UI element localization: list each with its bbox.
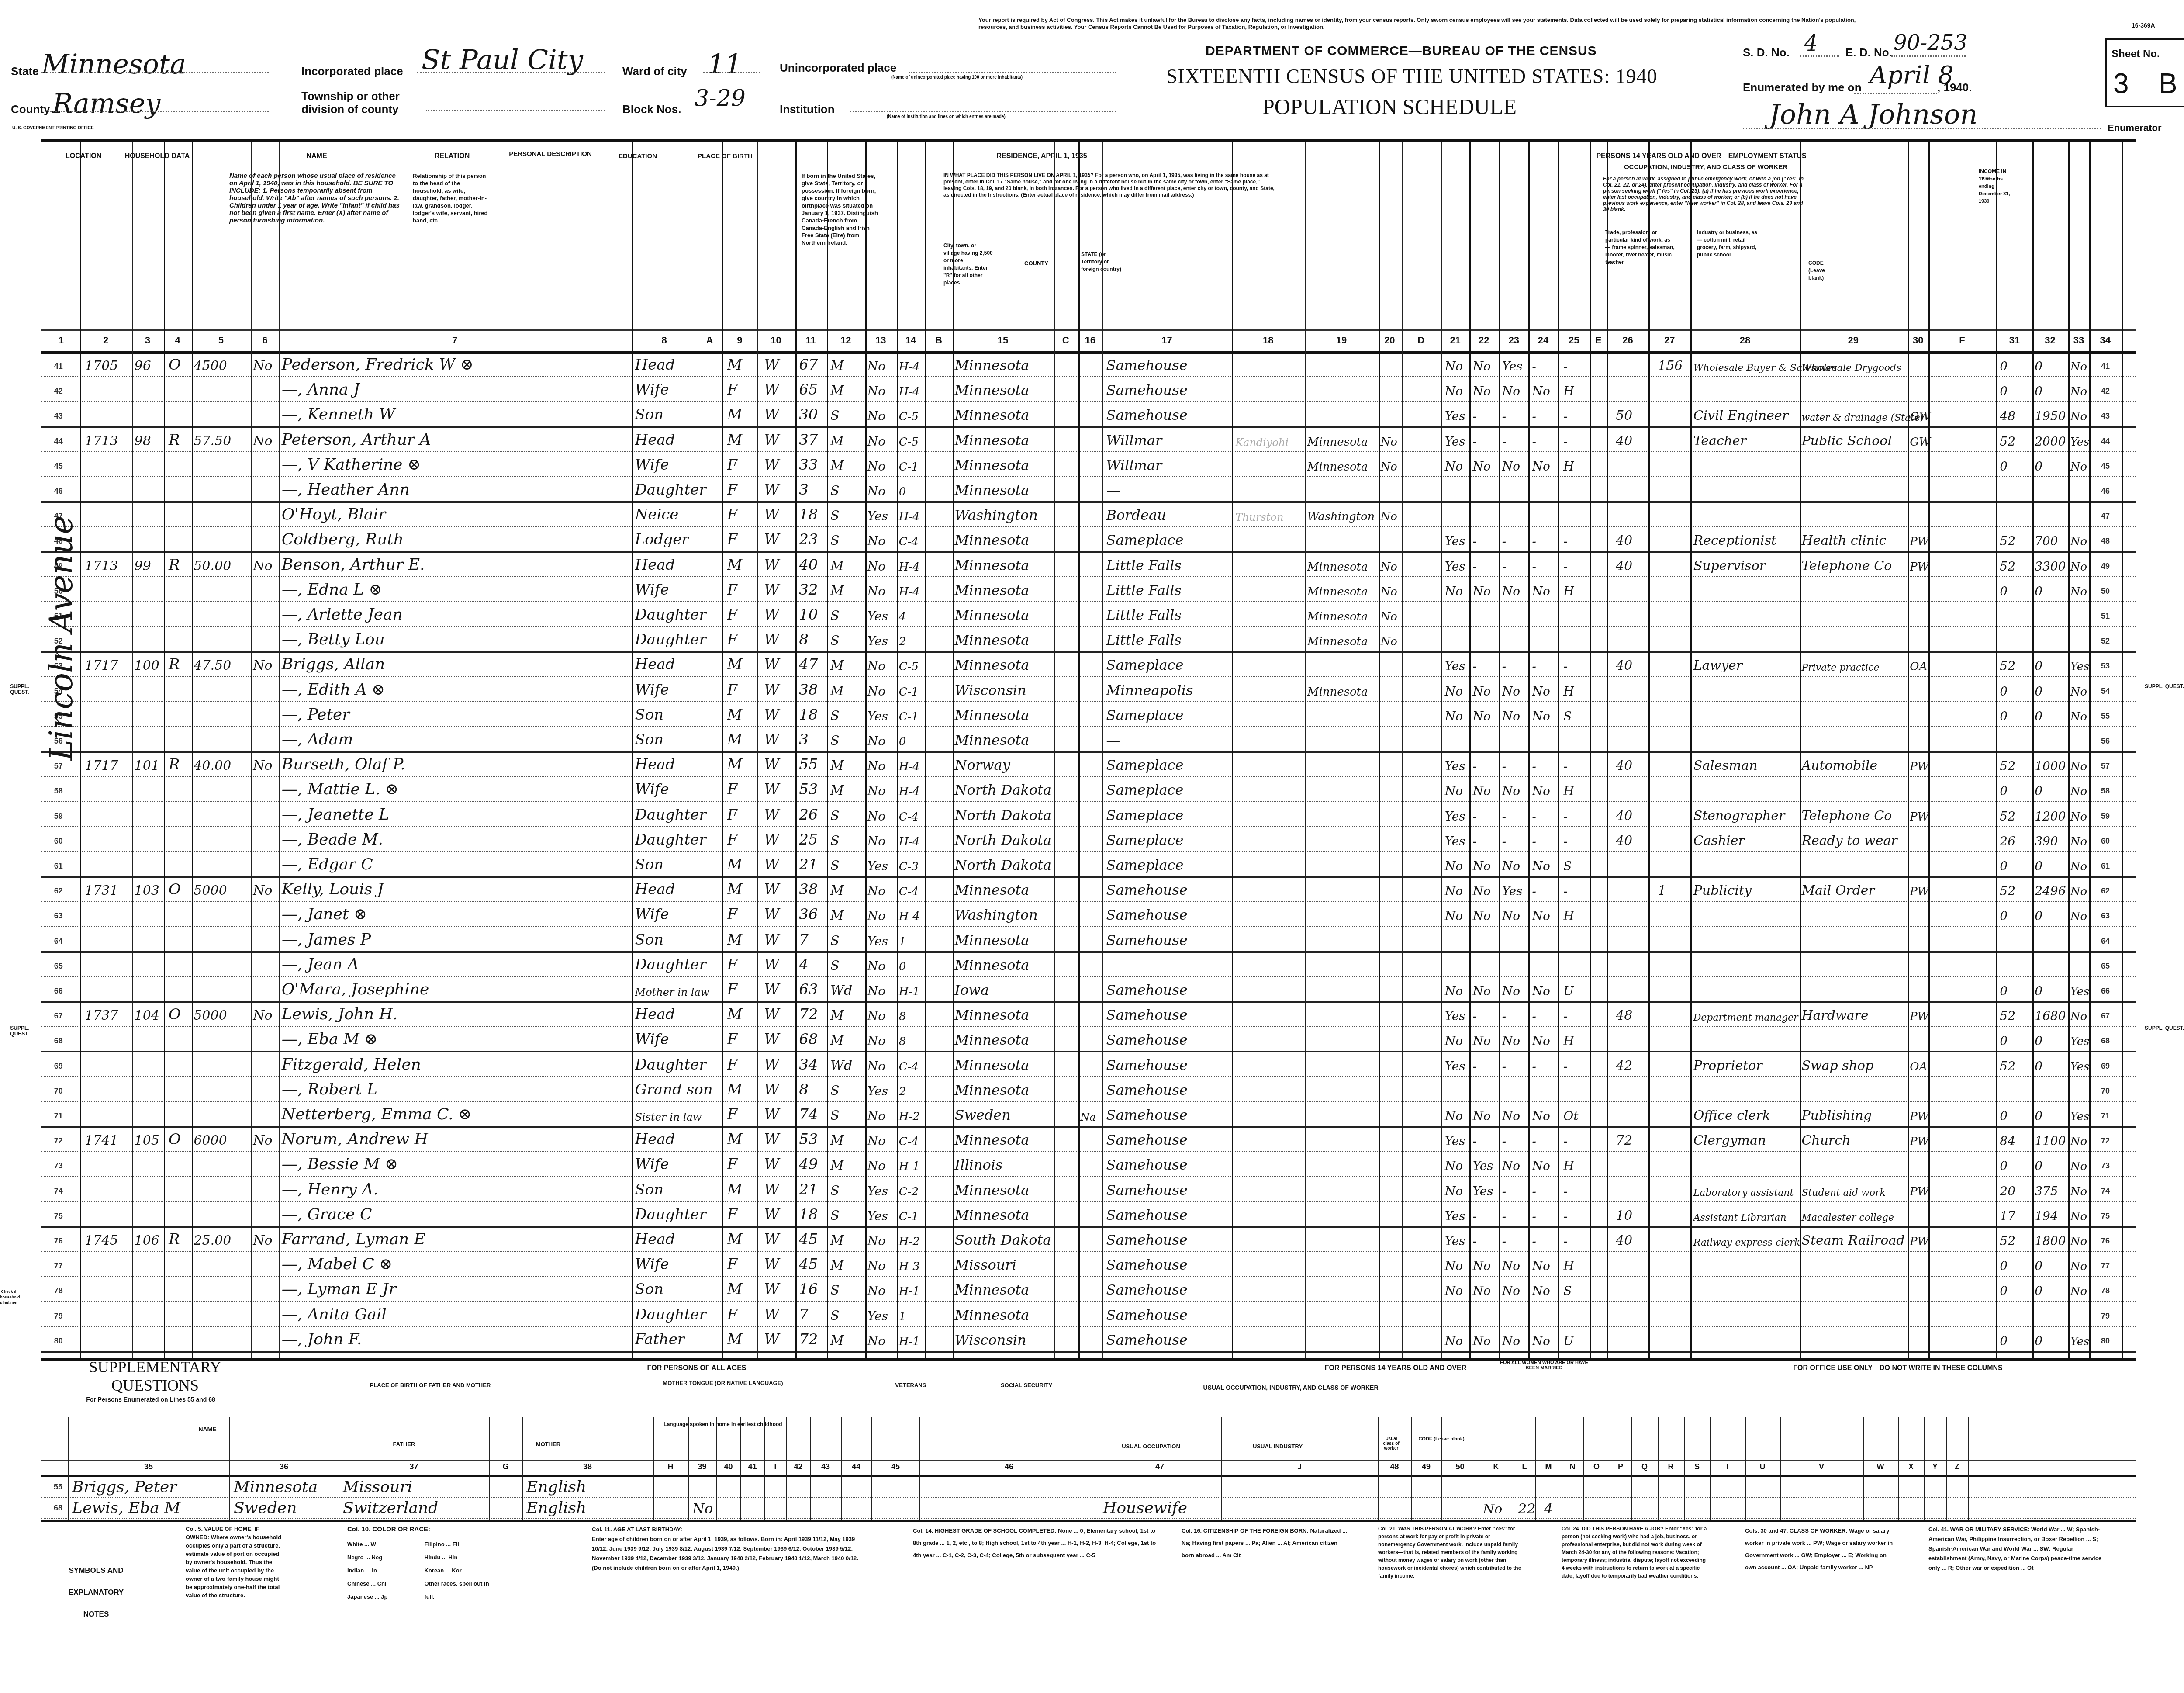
line-number: 78 (54, 1286, 63, 1295)
supp-usual-industry: USUAL INDUSTRY (1230, 1443, 1326, 1450)
occ-sub-header: Trade, profession, or particular kind of… (1605, 229, 1675, 266)
enumerator-label: Enumerator (2108, 122, 2161, 134)
occupation-header: OCCUPATION, INDUSTRY, AND CLASS OF WORKE… (1605, 163, 1806, 171)
supp-quest-tag-68: SUPPL. QUEST. (2140, 1025, 2184, 1031)
printing-office: U. S. GOVERNMENT PRINTING OFFICE (12, 126, 94, 131)
supp-column-number: 36 (229, 1462, 339, 1471)
census-row: 4646—, Heather AnnDaughterFW3SNo0Minneso… (41, 476, 2136, 503)
ward-value: 11 (708, 48, 742, 80)
line-number-right: 67 (2101, 1011, 2110, 1021)
line-number-right: 54 (2101, 687, 2110, 696)
column-number: 24 (1534, 335, 1552, 346)
note-col41: Col. 41. WAR OR MILITARY SERVICE: World … (1928, 1525, 2112, 1573)
column-number: 1 (52, 335, 70, 346)
line-number: 79 (54, 1312, 63, 1321)
block-label: Block Nos. (622, 103, 681, 116)
supp-column-number: R (1658, 1462, 1684, 1471)
relation-instructions: Relationship of this person to the head … (413, 172, 491, 224)
census-row: 7373—, Bessie M ⊗WifeFW49MNoH-1IllinoisS… (41, 1151, 2136, 1177)
supp-column-number: P (1610, 1462, 1631, 1471)
supp-column-number: G (489, 1462, 522, 1471)
census-row: 7575—, Grace CDaughterFW18SYesC-1Minneso… (41, 1201, 2136, 1228)
supp-column-number: 37 (339, 1462, 489, 1471)
line-number: 74 (54, 1187, 63, 1196)
birth-instructions: If born in the United States, give State… (802, 172, 880, 246)
enumerated-year: , 1940. (1937, 81, 1972, 94)
note-col5: Col. 5. VALUE OF HOME, IF OWNED: Where o… (186, 1525, 282, 1600)
supp-column-number: K (1479, 1462, 1514, 1471)
supp-column-number: H (653, 1462, 688, 1471)
census-header: State Minnesota County Ramsey U. S. GOVE… (0, 0, 2184, 140)
line-number-right: 68 (2101, 1036, 2110, 1046)
line-number-right: 61 (2101, 862, 2110, 871)
department-title: DEPARTMENT OF COMMERCE—BUREAU OF THE CEN… (1206, 44, 1597, 59)
sheet-number: 3 (2113, 67, 2129, 100)
column-number: 26 (1619, 335, 1636, 346)
column-number: 2 (97, 335, 114, 346)
supp-tongue: MOTHER TONGUE (OR NATIVE LANGUAGE) (653, 1380, 793, 1386)
unincorporated-label: Unincorporated place (780, 61, 896, 75)
supp-all-ages: FOR PERSONS OF ALL AGES (478, 1364, 915, 1372)
column-number: D (1412, 335, 1430, 346)
census-row: 5656—, AdamSonMW3SNo0Minnesota— (41, 726, 2136, 753)
column-number: 19 (1333, 335, 1350, 346)
income-note: 12 months ending December 31, 1939 (1979, 176, 2018, 205)
line-number: 44 (54, 437, 63, 446)
column-number: 17 (1158, 335, 1176, 346)
supp-title: SUPPLEMENTARY QUESTIONS (76, 1358, 234, 1395)
supplementary-questions: SUPPLEMENTARY QUESTIONS For Persons Enum… (41, 1356, 2136, 1522)
column-number: 29 (1845, 335, 1862, 346)
line-number-right: 62 (2101, 886, 2110, 896)
supp-column-number: J (1221, 1462, 1378, 1471)
supp-column-number: 49 (1411, 1462, 1441, 1471)
supp-column-number: I (764, 1462, 786, 1471)
sd-label: S. D. No. (1743, 46, 1790, 59)
census-row: 7070—, Robert LGrand sonMW8SYes2Minnesot… (41, 1076, 2136, 1102)
line-number-right: 55 (2101, 712, 2110, 721)
sheet-label: Sheet No. (2111, 48, 2160, 60)
line-number-right: 69 (2101, 1062, 2110, 1071)
supp-veterans: VETERANS (863, 1382, 959, 1388)
census-row: 4343—, Kenneth WSonMW30SNoC-5MinnesotaSa… (41, 401, 2136, 428)
group-birth: PLACE OF BIRTH (670, 152, 780, 160)
census-row: 8080—, John F.FatherMW72MNoH-1WisconsinS… (41, 1326, 2136, 1353)
group-relation: RELATION (408, 152, 496, 160)
supp-mother-col: MOTHER (526, 1441, 570, 1447)
supp-subtitle: For Persons Enumerated on Lines 55 and 6… (59, 1396, 242, 1403)
group-residence: RESIDENCE, APRIL 1, 1935 (867, 152, 1216, 160)
ed-value: 90-253 (1894, 31, 1967, 55)
column-number: 33 (2070, 335, 2087, 346)
schedule-title: POPULATION SCHEDULE (1262, 94, 1517, 119)
line-number-right: 42 (2101, 387, 2110, 396)
supp-column-number: 50 (1441, 1462, 1479, 1471)
res-city-header: City, town, or village having 2,500 or m… (943, 242, 994, 287)
supp-quest-tag-left-55: SUPPL. QUEST. (0, 684, 39, 695)
line-number-right: 52 (2101, 637, 2110, 646)
census-row: 67671737104O5000NoLewis, John H.HeadMW72… (41, 1001, 2136, 1027)
notes-title: SYMBOLS AND EXPLANATORY NOTES (63, 1560, 129, 1625)
line-number-right: 63 (2101, 911, 2110, 921)
unincorporated-note: (Name of unincorporated place having 100… (891, 75, 1023, 80)
line-number-right: 49 (2101, 562, 2110, 571)
group-name: NAME (225, 152, 408, 160)
supp-column-number: U (1745, 1462, 1780, 1471)
line-number-right: 70 (2101, 1087, 2110, 1096)
supp-social-security: SOCIAL SECURITY (976, 1382, 1077, 1388)
line-number-right: 77 (2101, 1261, 2110, 1271)
census-row: 4141170596O4500NoPederson, Fredrick W ⊗H… (41, 351, 2136, 377)
column-number: 34 (2097, 335, 2114, 346)
group-education: EDUCATION (605, 152, 670, 160)
supp-tongue-note: Language spoken in home in earliest chil… (662, 1421, 784, 1427)
column-number: 11 (802, 335, 819, 346)
sd-value: 4 (1804, 31, 1818, 56)
incorporated-label: Incorporated place (301, 65, 403, 78)
column-number: 30 (1909, 335, 1927, 346)
line-number: 41 (54, 362, 63, 371)
line-number: 46 (54, 487, 63, 496)
line-number-right: 59 (2101, 812, 2110, 821)
column-number: 21 (1447, 335, 1464, 346)
supp-usual-occupation: USUAL OCCUPATION (1103, 1443, 1199, 1450)
line-number-right: 50 (2101, 587, 2110, 596)
line-number-right: 53 (2101, 661, 2110, 671)
line-number-right: 46 (2101, 487, 2110, 496)
supp-column-number: 35 (68, 1462, 229, 1471)
enumerator-signature: John A Johnson (1769, 98, 1977, 130)
supp-row: 68Lewis, Eba MSwedenSwitzerlandEnglishNo… (41, 1497, 2136, 1519)
name-instructions: Name of each person whose usual place of… (229, 172, 404, 224)
column-number: 31 (2006, 335, 2023, 346)
group-employment: PERSONS 14 YEARS OLD AND OVER—EMPLOYMENT… (1308, 152, 2094, 160)
column-number: 12 (837, 335, 854, 346)
census-row: 6363—, Janet ⊗WifeFW36MNoH-4WashingtonSa… (41, 901, 2136, 927)
line-number-right: 56 (2101, 737, 2110, 746)
line-number-right: 57 (2101, 762, 2110, 771)
census-row: 6666O'Mara, JosephineMother in lawFW63Wd… (41, 976, 2136, 1003)
line-number-right: 65 (2101, 962, 2110, 971)
column-number: 23 (1505, 335, 1523, 346)
supp-father-col: FATHER (382, 1441, 426, 1447)
line-number-right: 73 (2101, 1161, 2110, 1170)
supp-quest-tag-left-68: SUPPL. QUEST. (0, 1025, 39, 1037)
line-number-right: 41 (2101, 362, 2110, 371)
supp-column-number: 46 (919, 1462, 1099, 1471)
ind-sub-header: Industry or business, as— cotton mill, r… (1697, 229, 1758, 259)
line-number-right: 66 (2101, 987, 2110, 996)
note-col30: Cols. 30 and 47. CLASS OF WORKER: Wage o… (1745, 1525, 1894, 1574)
line-number-right: 48 (2101, 537, 2110, 546)
res-county-header: COUNTY (1024, 260, 1055, 267)
supp-column-number: 38 (522, 1462, 653, 1471)
census-row: 72721741105O6000NoNorum, Andrew HHeadMW5… (41, 1126, 2136, 1152)
column-number: 20 (1381, 335, 1398, 346)
census-row: 7878—, Lyman E JrSonMW16SNoH-1MinnesotaS… (41, 1276, 2136, 1302)
line-number: 42 (54, 387, 63, 396)
column-number: 9 (731, 335, 748, 346)
line-number-right: 78 (2101, 1286, 2110, 1295)
column-number: 8 (656, 335, 673, 346)
supp-column-numbers: 353637G38H394041I424344454647J484950KLMN… (41, 1460, 2136, 1477)
census-row: 6565—, Jean ADaughterFW4SNo0Minnesota (41, 951, 2136, 977)
supp-quest-tag-55: SUPPL. QUEST. (2140, 684, 2184, 689)
line-number: 77 (54, 1261, 63, 1271)
census-row: 5555—, PeterSonMW18SYesC-1MinnesotaSamep… (41, 701, 2136, 727)
occupation-instructions: For a person at work, assigned to public… (1603, 176, 1808, 212)
line-number-right: 80 (2101, 1336, 2110, 1346)
line-number-right: 51 (2101, 612, 2110, 621)
supp-column-number: X (1898, 1462, 1924, 1471)
county-value: Ramsey (52, 87, 160, 119)
ward-label: Ward of city (622, 65, 687, 78)
line-number-right: 74 (2101, 1187, 2110, 1196)
census-row: 76761745106R25.00NoFarrand, Lyman EHeadM… (41, 1226, 2136, 1252)
line-number-right: 58 (2101, 786, 2110, 796)
census-row: 5454—, Edith A ⊗WifeFW38MNoC-1WisconsinM… (41, 676, 2136, 702)
supp-column-number: Y (1924, 1462, 1946, 1471)
column-number: 6 (256, 335, 273, 346)
household-check-tag: Check if household tabulated (0, 1289, 17, 1306)
column-number: E (1590, 335, 1607, 346)
township-label: Township or other division of county (301, 90, 428, 116)
line-number: 43 (54, 412, 63, 421)
census-row: 4848Coldberg, RuthLodgerFW23SNoC-4Minnes… (41, 526, 2136, 553)
supp-column-number: T (1710, 1462, 1745, 1471)
supp-office: FOR OFFICE USE ONLY—DO NOT WRITE IN THES… (1658, 1364, 2138, 1372)
column-number: 16 (1082, 335, 1099, 346)
column-number: 14 (902, 335, 919, 346)
census-row: 6464—, James PSonMW7SYes1MinnesotaSameho… (41, 926, 2136, 953)
supp-usual-occ-head: USUAL OCCUPATION, INDUSTRY, AND CLASS OF… (1138, 1384, 1444, 1391)
line-number-right: 76 (2101, 1236, 2110, 1246)
supp-column-number: W (1863, 1462, 1898, 1471)
line-number: 72 (54, 1136, 63, 1146)
supp-column-number: 40 (716, 1462, 740, 1471)
ed-label: E. D. No. (1845, 46, 1892, 59)
census-row: 5050—, Edna L ⊗WifeFW32MNoH-4MinnesotaLi… (41, 576, 2136, 602)
note-col10: Col. 10. COLOR OR RACE: White ... WNegro… (347, 1525, 496, 1603)
census-row: 4747O'Hoyt, BlairNeiceFW18SYesH-4Washing… (41, 501, 2136, 527)
form-number: 16-369A (2132, 22, 2155, 29)
census-row: 4949171399R50.00NoBenson, Arthur E.HeadM… (41, 551, 2136, 577)
population-schedule-table: LOCATION HOUSEHOLD DATA NAME RELATION PE… (41, 139, 2136, 1361)
supp-column-number: 48 (1378, 1462, 1411, 1471)
census-row: 57571717101R40.00NoBurseth, Olaf P.HeadM… (41, 751, 2136, 777)
street-name-margin: Lincoln Avenue (43, 516, 73, 1127)
institution-label: Institution (780, 103, 835, 116)
sheet-side: B (2159, 67, 2177, 100)
column-number: C (1057, 335, 1075, 346)
census-row: 4242—, Anna JWifeFW65MNoH-4MinnesotaSame… (41, 376, 2136, 402)
supp-column-number: V (1780, 1462, 1863, 1471)
column-number: 27 (1661, 335, 1678, 346)
supp-column-number: 42 (786, 1462, 810, 1471)
group-location: LOCATION (66, 152, 100, 160)
census-row: 7979—, Anita GailDaughterFW7SYes1Minneso… (41, 1301, 2136, 1327)
sheet-number-box: Sheet No. 3 B (2105, 38, 2184, 107)
supp-column-number: O (1583, 1462, 1610, 1471)
note-col11: Col. 11. AGE AT LAST BIRTHDAY: Enter age… (592, 1525, 863, 1573)
supp-women: FOR ALL WOMEN WHO ARE OR HAVE BEEN MARRI… (1496, 1360, 1592, 1371)
note-col24: Col. 24. DID THIS PERSON HAVE A JOB? Ent… (1562, 1525, 1710, 1580)
supp-column-number: M (1535, 1462, 1562, 1471)
census-row: 7474—, Henry A.SonMW21SYesC-2MinnesotaSa… (41, 1176, 2136, 1202)
group-personal: PERSONAL DESCRIPTION (496, 150, 605, 158)
column-number: 10 (767, 335, 784, 346)
county-label: County (11, 103, 50, 116)
explanatory-notes: SYMBOLS AND EXPLANATORY NOTES Col. 5. VA… (41, 1525, 2136, 1669)
note-col14: Col. 14. HIGHEST GRADE OF SCHOOL COMPLET… (913, 1525, 1158, 1561)
supp-column-number: 39 (688, 1462, 716, 1471)
column-number: 7 (446, 335, 463, 346)
column-number: 15 (994, 335, 1012, 346)
supp-column-number: N (1562, 1462, 1583, 1471)
column-number: 28 (1736, 335, 1754, 346)
block-value: 3-29 (695, 85, 746, 111)
supp-column-number: Z (1946, 1462, 1968, 1471)
census-row: 6060—, Beade M.DaughterFW25SNoH-4North D… (41, 826, 2136, 852)
census-row: 6969Fitzgerald, HelenDaughterFW34WdNoC-4… (41, 1051, 2136, 1077)
supp-column-number: 45 (871, 1462, 919, 1471)
supp-pob-parents: PLACE OF BIRTH OF FATHER AND MOTHER (339, 1382, 522, 1388)
column-number: F (1953, 335, 1971, 346)
code-header: CODE (Leave blank) (1808, 260, 1839, 282)
census-row: 7171Netterberg, Emma C. ⊗Sister in lawFW… (41, 1101, 2136, 1128)
line-number-right: 43 (2101, 412, 2110, 421)
institution-note: (Name of institution and lines on which … (887, 114, 1006, 119)
census-row: 6161—, Edgar CSonMW21SYesC-3North Dakota… (41, 851, 2136, 878)
census-row: 62621731103O5000NoKelly, Louis JHeadMW38… (41, 876, 2136, 902)
census-title: SIXTEENTH CENSUS OF THE UNITED STATES: 1… (1166, 65, 1658, 88)
line-number-right: 79 (2101, 1312, 2110, 1321)
supp-name-col: NAME (186, 1426, 229, 1433)
line-number: 80 (54, 1336, 63, 1346)
line-number-right: 60 (2101, 837, 2110, 846)
column-number: 4 (169, 335, 187, 346)
residence-instructions: IN WHAT PLACE DID THIS PERSON LIVE ON AP… (943, 172, 1275, 198)
census-row: 5858—, Mattie L. ⊗WifeFW53MNoH-4North Da… (41, 776, 2136, 802)
supp-column-number: 41 (740, 1462, 764, 1471)
supp-row: 55Briggs, PeterMinnesotaMissouriEnglish (41, 1476, 2136, 1498)
line-number-right: 47 (2101, 512, 2110, 521)
line-number-right: 71 (2101, 1111, 2110, 1121)
line-number: 45 (54, 462, 63, 471)
census-row: 5151—, Arlette JeanDaughterFW10SYes4Minn… (41, 601, 2136, 627)
line-number: 76 (54, 1236, 63, 1246)
note-col21: Col. 21. WAS THIS PERSON AT WORK? Enter … (1378, 1525, 1527, 1580)
column-number: 13 (872, 335, 889, 346)
column-number: 25 (1565, 335, 1583, 346)
supp-usual-class: Usual class of worker (1380, 1437, 1402, 1451)
column-number: A (701, 335, 719, 346)
supp-column-number: L (1514, 1462, 1535, 1471)
line-number: 75 (54, 1212, 63, 1221)
census-row: 4444171398R57.50NoPeterson, Arthur AHead… (41, 426, 2136, 452)
column-numbers-row: 12345678A91011121314B15C1617181920D21222… (41, 329, 2136, 354)
state-label: State (11, 65, 39, 78)
column-number: B (930, 335, 947, 346)
supp-column-number: S (1684, 1462, 1710, 1471)
line-number-right: 64 (2101, 937, 2110, 946)
column-number: 22 (1475, 335, 1493, 346)
census-row: 53531717100R47.50NoBriggs, AllanHeadMW47… (41, 651, 2136, 677)
supp-column-number: 47 (1099, 1462, 1221, 1471)
enumerated-label: Enumerated by me on (1743, 81, 1862, 94)
census-row: 5959—, Jeanette LDaughterFW26SNoC-4North… (41, 801, 2136, 827)
note-col16: Col. 16. CITIZENSHIP OF THE FOREIGN BORN… (1182, 1525, 1348, 1561)
column-number: 18 (1259, 335, 1277, 346)
state-value: Minnesota (41, 48, 186, 80)
column-number: 32 (2041, 335, 2059, 346)
group-household: HOUSEHOLD DATA (103, 152, 212, 160)
census-row: 4545—, V Katherine ⊗WifeFW33MNoC-1Minnes… (41, 451, 2136, 477)
column-number: 3 (139, 335, 156, 346)
line-number-right: 72 (2101, 1136, 2110, 1146)
census-row: 5252—, Betty LouDaughterFW8SYes2Minnesot… (41, 626, 2136, 653)
line-number: 73 (54, 1161, 63, 1170)
census-row: 6868—, Eba M ⊗WifeFW68MNo8MinnesotaSameh… (41, 1026, 2136, 1052)
confidentiality-notice: Your report is required by Act of Congre… (978, 17, 1865, 31)
supp-column-number: Q (1631, 1462, 1658, 1471)
census-row: 7777—, Mabel C ⊗WifeFW45MNoH-3MissouriSa… (41, 1251, 2136, 1277)
line-number-right: 44 (2101, 437, 2110, 446)
line-number-right: 75 (2101, 1212, 2110, 1221)
line-number-right: 45 (2101, 462, 2110, 471)
supp-column-number: 43 (810, 1462, 841, 1471)
column-number: 5 (212, 335, 230, 346)
supp-column-number: 44 (841, 1462, 871, 1471)
